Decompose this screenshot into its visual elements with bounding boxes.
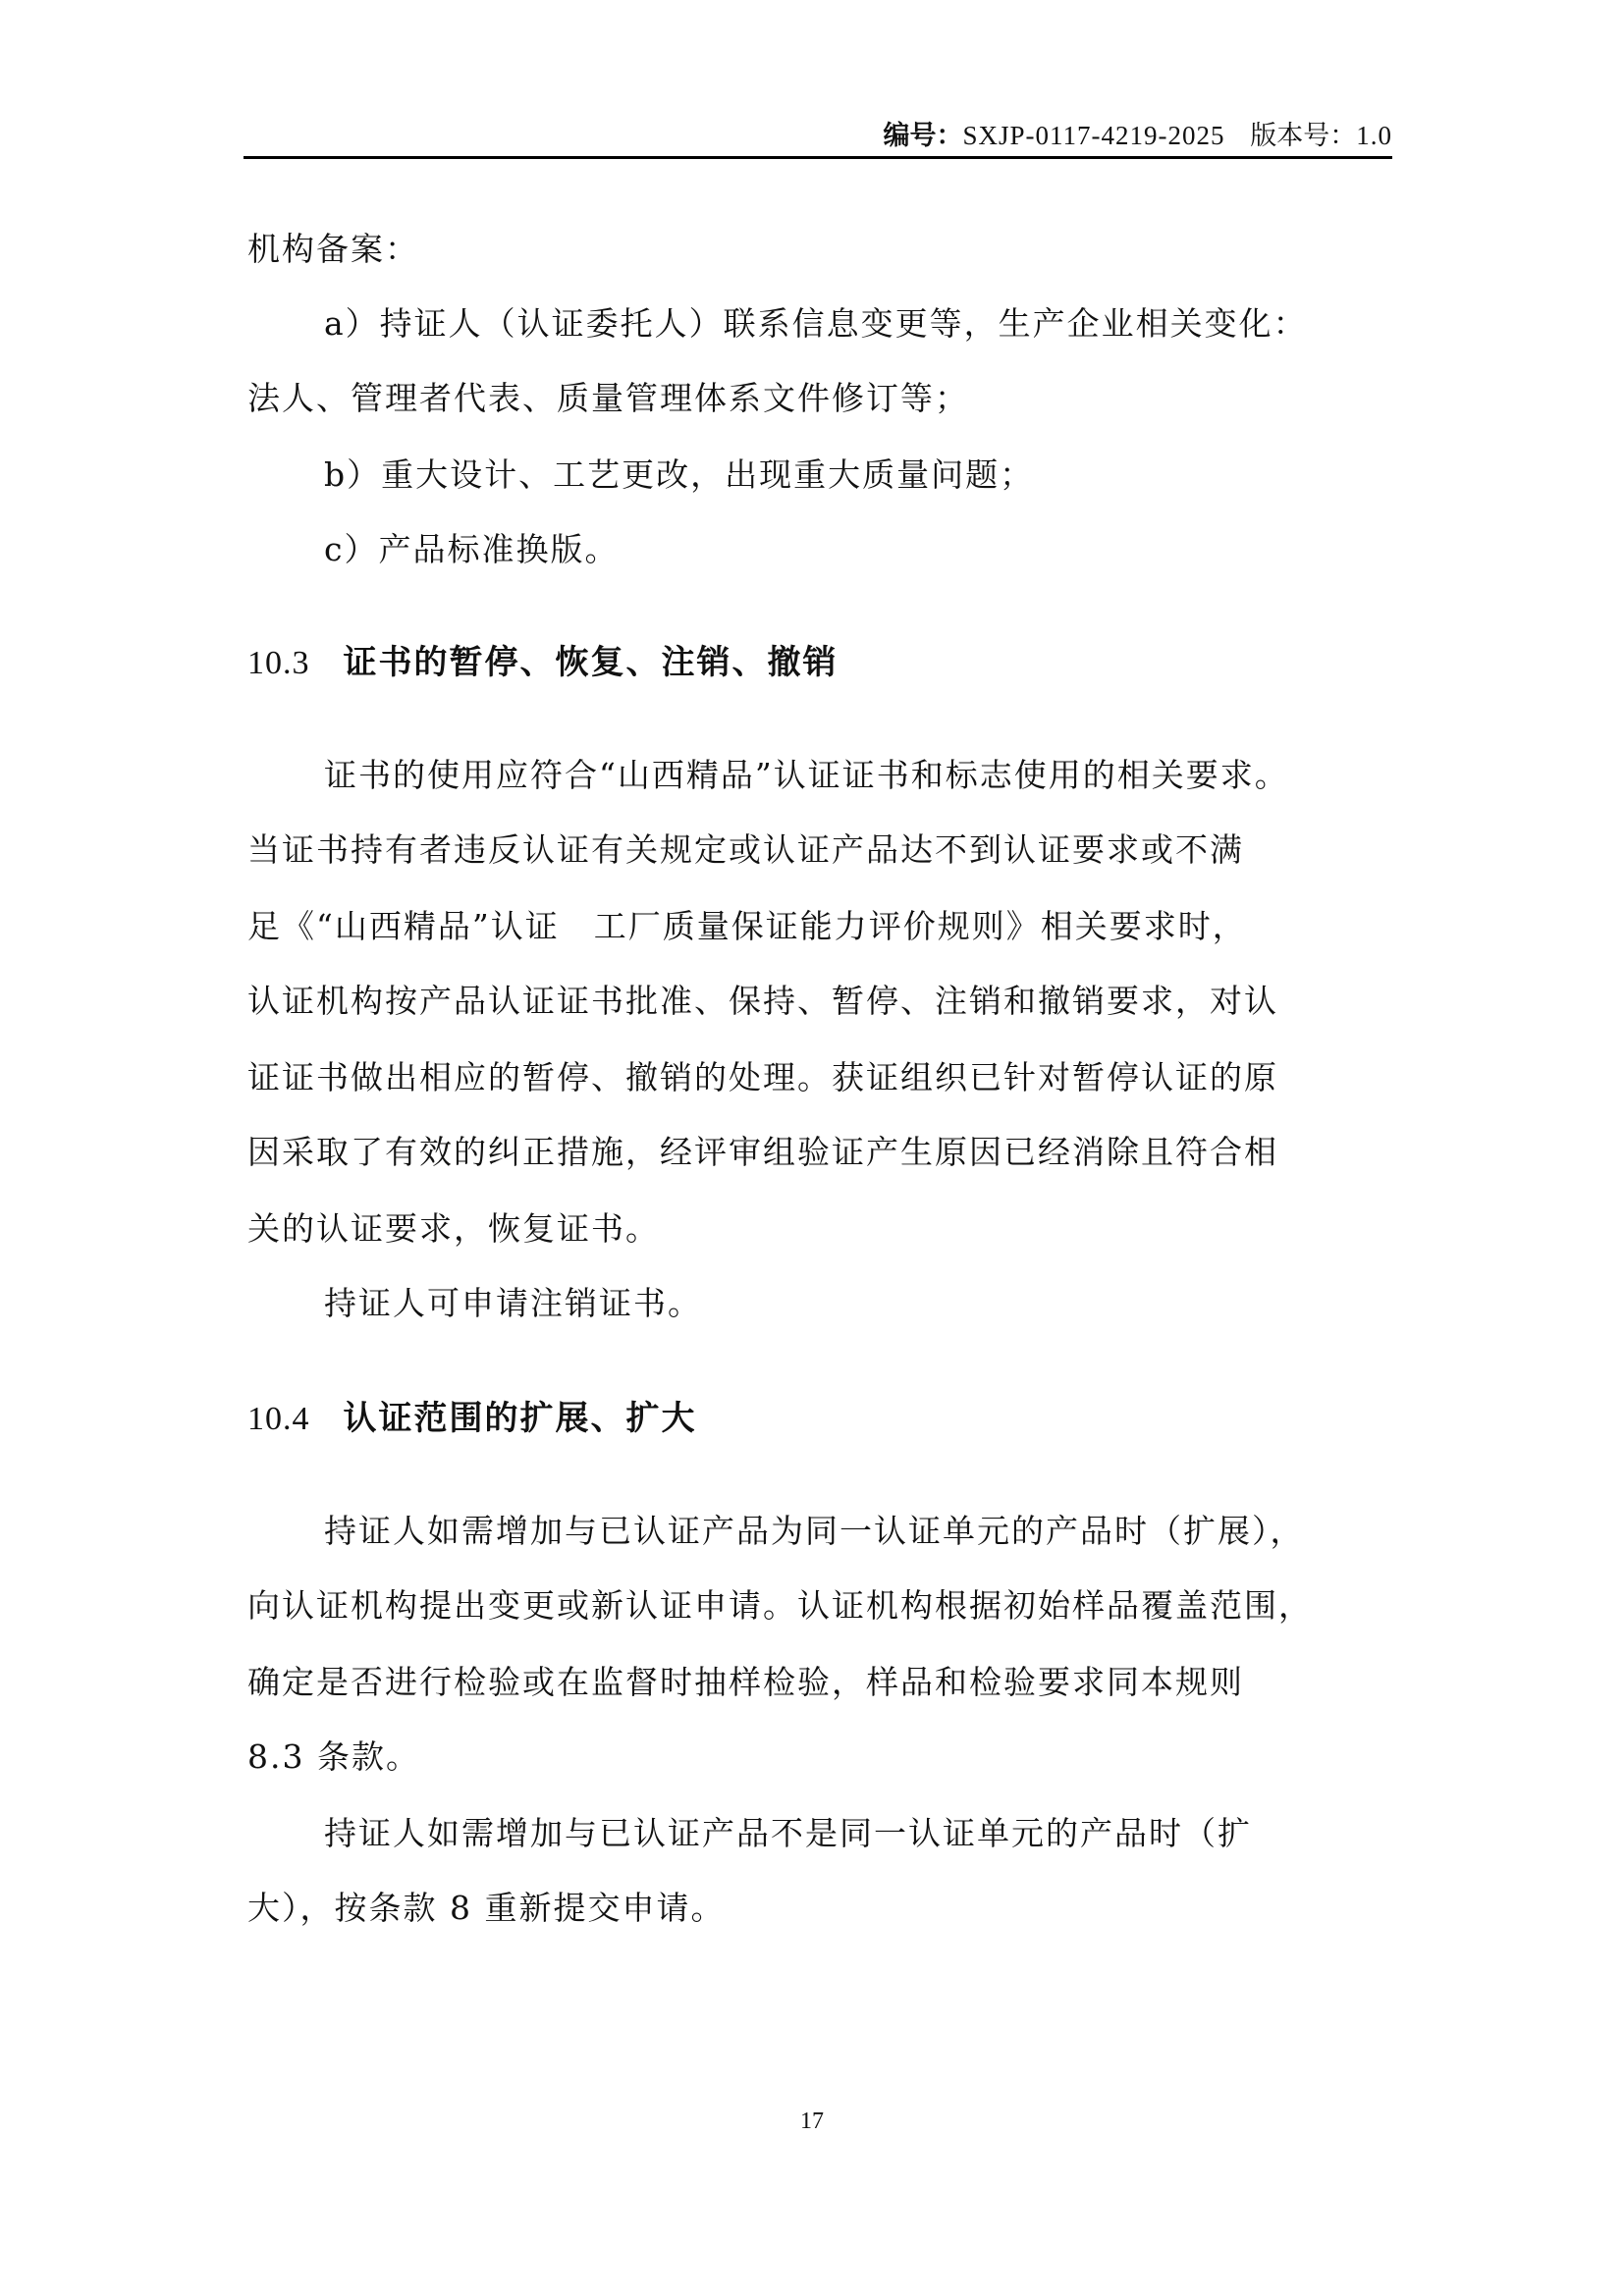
section-number: 10.4: [247, 1401, 310, 1437]
list-item-c: c）产品标准换版。: [324, 528, 619, 571]
paragraph-line: 8.3 条款。: [247, 1735, 420, 1779]
list-item-b: b）重大设计、工艺更改，出现重大质量问题；: [324, 454, 1034, 497]
paragraph-line: 证证书做出相应的暂停、撤销的处理。获证组织已针对暂停认证的原: [247, 1056, 1278, 1099]
paragraph-line: 持证人可申请注销证书。: [324, 1282, 702, 1325]
paragraph-line: 当证书持有者违反认证有关规定或认证产品达不到认证要求或不满: [247, 828, 1244, 872]
paragraph-line: 大），按条款 8 重新提交申请。: [247, 1887, 725, 1930]
section-number: 10.3: [247, 645, 310, 681]
document-number: SXJP-0117-4219-2025: [962, 121, 1224, 150]
paragraph-line: 足《“山西精品”认证 工厂质量保证能力评价规则》相关要求时，: [247, 905, 1247, 948]
paragraph-line: 确定是否进行检验或在监督时抽样检验，样品和检验要求同本规则: [247, 1661, 1244, 1704]
section-title: 证书的暂停、恢复、注销、撤销: [344, 643, 839, 682]
paragraph-line: 向认证机构提出变更或新认证申请。认证机构根据初始样品覆盖范围，: [247, 1584, 1313, 1628]
section-heading-10-4: 10.4认证范围的扩展、扩大: [247, 1396, 697, 1442]
section-title: 认证范围的扩展、扩大: [344, 1399, 697, 1438]
header-divider: [244, 156, 1392, 159]
version-label: 版本号：: [1250, 121, 1356, 151]
paragraph-line: 认证机构按产品认证证书批准、保持、暂停、注销和撤销要求，对认: [247, 980, 1278, 1023]
page-number: 17: [0, 2109, 1624, 2135]
paragraph-line: 持证人如需增加与已认证产品为同一认证单元的产品时（扩展），: [324, 1510, 1305, 1553]
paragraph-line: 因采取了有效的纠正措施，经评审组验证产生原因已经消除且符合相: [247, 1131, 1278, 1174]
page-header: 编号：SXJP-0117-4219-2025 版本号：1.0: [244, 116, 1392, 155]
section-heading-10-3: 10.3证书的暂停、恢复、注销、撤销: [247, 640, 839, 686]
paragraph-line: 关的认证要求，恢复证书。: [247, 1207, 660, 1251]
list-item-a-continued: 法人、管理者代表、质量管理体系文件修订等；: [247, 377, 969, 420]
paragraph-line: 证书的使用应符合“山西精品”认证证书和标志使用的相关要求。: [324, 754, 1289, 797]
list-item-a: a）持证人（认证委托人）联系信息变更等，生产企业相关变化：: [324, 302, 1308, 346]
version-number: 1.0: [1356, 121, 1392, 150]
body-text-line: 机构备案：: [247, 228, 419, 271]
paragraph-line: 持证人如需增加与已认证产品不是同一认证单元的产品时（扩: [324, 1812, 1252, 1855]
document-number-label: 编号：: [883, 121, 962, 151]
